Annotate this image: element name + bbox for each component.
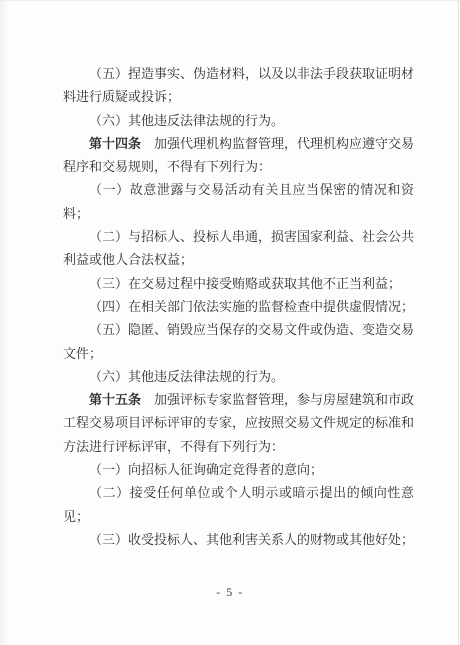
article-number: 第十四条 (89, 136, 141, 151)
line-text: 程序和交易规则，不得有下列行为： (63, 159, 271, 174)
text-line: 文件； (63, 342, 414, 365)
text-line: 利益或他人合法权益； (63, 248, 414, 271)
line-text: 文件； (63, 346, 102, 361)
line-text: （二）与招标人、投标人串通，损害国家利益、社会公共 (89, 229, 414, 244)
page-right-edge (458, 0, 459, 645)
line-text: 工程交易项目评标评审的专家，应按照交易文件规定的标准和 (63, 415, 414, 430)
line-text: （六）其他违反法律法规的行为。 (89, 369, 284, 384)
line-text: （六）其他违反法律法规的行为。 (89, 113, 284, 128)
document-body: （五）捏造事实、伪造材料，以及以非法手段获取证明材料进行质疑或投诉；（六）其他违… (63, 62, 414, 551)
text-line: （一）向招标人征询确定竞得者的意向； (63, 458, 414, 481)
article-number: 第十五条 (89, 392, 141, 407)
text-line: （四）在相关部门依法实施的监督检查中提供虚假情况； (63, 295, 414, 318)
text-line: （一）故意泄露与交易活动有关且应当保密的情况和资 (63, 178, 414, 201)
text-line: 程序和交易规则，不得有下列行为： (63, 155, 414, 178)
line-text: （三）在交易过程中接受贿赂或获取其他不正当利益； (89, 276, 401, 291)
line-text: （二）接受任何单位或个人明示或暗示提出的倾向性意 (89, 485, 414, 500)
line-text: （五）隐匿、销毁应当保存的交易文件或伪造、变造交易 (89, 322, 414, 337)
page-number: - 5 - (0, 585, 460, 600)
text-line: 料进行质疑或投诉； (63, 85, 414, 108)
text-line: （五）隐匿、销毁应当保存的交易文件或伪造、变造交易 (63, 318, 414, 341)
line-text: （一）故意泄露与交易活动有关且应当保密的情况和资 (89, 182, 414, 197)
text-line: （五）捏造事实、伪造材料，以及以非法手段获取证明材 (63, 62, 414, 85)
text-line: 工程交易项目评标评审的专家，应按照交易文件规定的标准和 (63, 411, 414, 434)
line-text: （三）收受投标人、其他利害关系人的财物或其他好处； (89, 532, 414, 547)
text-line: 第十五条加强评标专家监督管理，参与房屋建筑和市政 (63, 388, 414, 411)
text-line: （六）其他违反法律法规的行为。 (63, 365, 414, 388)
line-text: 加强代理机构监督管理，代理机构应遵守交易 (154, 136, 414, 151)
line-text: 方法进行评标评审，不得有下列行为： (63, 439, 284, 454)
line-text: （一）向招标人征询确定竞得者的意向； (89, 462, 323, 477)
line-text: （四）在相关部门依法实施的监督检查中提供虚假情况； (89, 299, 414, 314)
line-text: 加强评标专家监督管理，参与房屋建筑和市政 (154, 392, 414, 407)
text-line: 料； (63, 202, 414, 225)
line-text: （五）捏造事实、伪造材料，以及以非法手段获取证明材 (89, 66, 414, 81)
text-line: （三）在交易过程中接受贿赂或获取其他不正当利益； (63, 272, 414, 295)
text-line: （六）其他违反法律法规的行为。 (63, 109, 414, 132)
line-text: 见； (63, 509, 89, 524)
text-line: 见； (63, 505, 414, 528)
text-line: （二）接受任何单位或个人明示或暗示提出的倾向性意 (63, 481, 414, 504)
document-page: （五）捏造事实、伪造材料，以及以非法手段获取证明材料进行质疑或投诉；（六）其他违… (0, 0, 460, 645)
text-line: （三）收受投标人、其他利害关系人的财物或其他好处； (63, 528, 414, 551)
text-line: 方法进行评标评审，不得有下列行为： (63, 435, 414, 458)
text-line: （二）与招标人、投标人串通，损害国家利益、社会公共 (63, 225, 414, 248)
line-text: 利益或他人合法权益； (63, 252, 193, 267)
page-left-edge (0, 0, 9, 645)
text-line: 第十四条加强代理机构监督管理，代理机构应遵守交易 (63, 132, 414, 155)
line-text: 料； (63, 206, 89, 221)
page-top-edge (0, 0, 460, 1)
line-text: 料进行质疑或投诉； (63, 89, 180, 104)
